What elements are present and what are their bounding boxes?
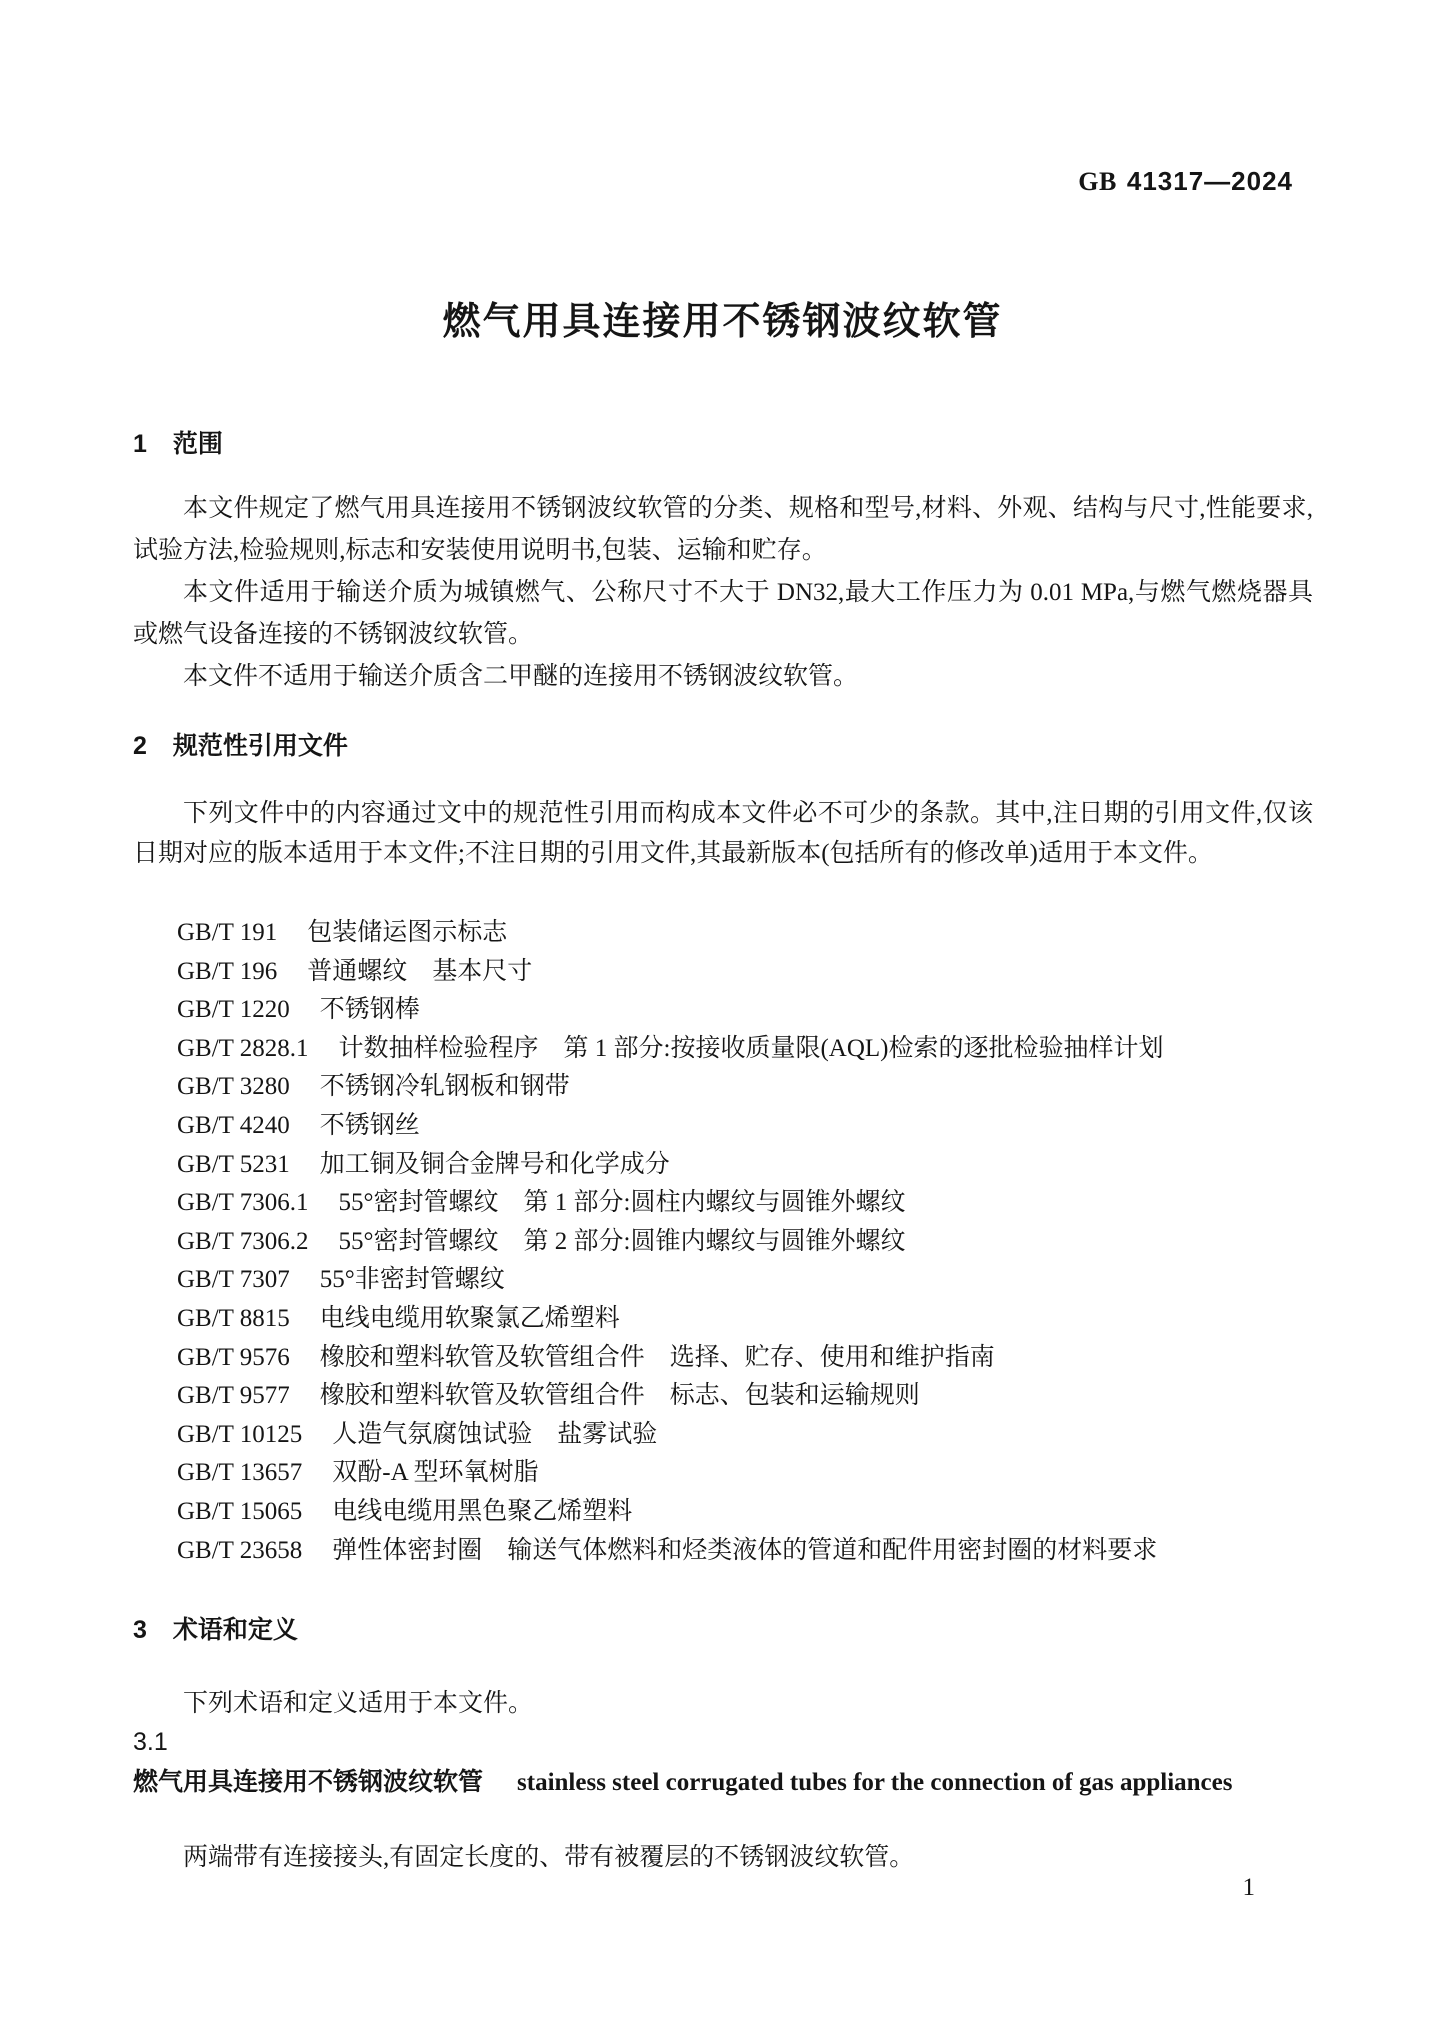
- reference-item: GB/T 3280不锈钢冷轧钢板和钢带: [177, 1068, 1313, 1107]
- term-clause-number: 3.1: [133, 1728, 168, 1757]
- scope-body: 本文件规定了燃气用具连接用不锈钢波纹软管的分类、规格和型号,材料、外观、结构与尺…: [133, 488, 1313, 698]
- section-heading-terms-definitions: 3术语和定义: [133, 1610, 298, 1646]
- standard-prefix: GB: [1078, 167, 1117, 196]
- term-definition-block: 两端带有连接接头,有固定长度的、带有被覆层的不锈钢波纹软管。: [133, 1840, 1313, 1876]
- reference-title: 人造气氛腐蚀试验 盐雾试验: [332, 1421, 657, 1448]
- term-chinese: 燃气用具连接用不锈钢波纹软管: [133, 1768, 483, 1796]
- term-entry: 燃气用具连接用不锈钢波纹软管stainless steel corrugated…: [133, 1764, 1313, 1801]
- standard-code: 41317—2024: [1127, 166, 1293, 196]
- reference-item: GB/T 191包装储运图示标志: [177, 914, 1313, 953]
- scope-paragraph: 本文件规定了燃气用具连接用不锈钢波纹软管的分类、规格和型号,材料、外观、结构与尺…: [133, 488, 1313, 572]
- reference-item: GB/T 4240不锈钢丝: [177, 1107, 1313, 1146]
- reference-title: 55°非密封管螺纹: [320, 1266, 505, 1293]
- reference-item: GB/T 23658弹性体密封圈 输送气体燃料和烃类液体的管道和配件用密封圈的材…: [177, 1532, 1313, 1571]
- reference-item: GB/T 730755°非密封管螺纹: [177, 1261, 1313, 1300]
- terms-intro: 下列术语和定义适用于本文件。: [133, 1684, 1313, 1724]
- reference-item: GB/T 1220不锈钢棒: [177, 991, 1313, 1030]
- page-number: 1: [1243, 1874, 1256, 1902]
- reference-title: 55°密封管螺纹 第 2 部分:圆锥内螺纹与圆锥外螺纹: [339, 1228, 906, 1255]
- reference-title: 不锈钢棒: [320, 996, 420, 1023]
- normative-references-intro: 下列文件中的内容通过文中的规范性引用而构成本文件必不可少的条款。其中,注日期的引…: [133, 794, 1313, 874]
- reference-item: GB/T 7306.255°密封管螺纹 第 2 部分:圆锥内螺纹与圆锥外螺纹: [177, 1223, 1313, 1262]
- reference-code: GB/T 23658: [177, 1532, 302, 1571]
- reference-item: GB/T 196普通螺纹 基本尺寸: [177, 953, 1313, 992]
- reference-item: GB/T 10125人造气氛腐蚀试验 盐雾试验: [177, 1416, 1313, 1455]
- reference-title: 计数抽样检验程序 第 1 部分:按接收质量限(AQL)检索的逐批检验抽样计划: [339, 1035, 1164, 1062]
- section-heading-text: 规范性引用文件: [173, 732, 348, 760]
- scope-paragraph: 本文件适用于输送介质为城镇燃气、公称尺寸不大于 DN32,最大工作压力为 0.0…: [133, 572, 1313, 656]
- reference-code: GB/T 10125: [177, 1416, 302, 1455]
- reference-code: GB/T 3280: [177, 1068, 290, 1107]
- reference-code: GB/T 7307: [177, 1261, 290, 1300]
- reference-code: GB/T 4240: [177, 1107, 290, 1146]
- section-heading-text: 术语和定义: [173, 1616, 298, 1644]
- reference-item: GB/T 9577橡胶和塑料软管及软管组合件 标志、包装和运输规则: [177, 1377, 1313, 1416]
- section-heading-normative-references: 2规范性引用文件: [133, 726, 348, 762]
- reference-title: 加工铜及铜合金牌号和化学成分: [320, 1151, 670, 1178]
- reference-code: GB/T 196: [177, 953, 277, 992]
- section-heading-text: 范围: [173, 430, 223, 458]
- section-number: 1: [133, 430, 147, 459]
- reference-title: 橡胶和塑料软管及软管组合件 标志、包装和运输规则: [320, 1382, 920, 1409]
- reference-title: 不锈钢丝: [320, 1112, 420, 1139]
- reference-code: GB/T 7306.1: [177, 1184, 309, 1223]
- reference-code: GB/T 191: [177, 914, 277, 953]
- reference-title: 弹性体密封圈 输送气体燃料和烃类液体的管道和配件用密封圈的材料要求: [332, 1537, 1157, 1564]
- reference-item: GB/T 15065电线电缆用黑色聚乙烯塑料: [177, 1493, 1313, 1532]
- term-english: stainless steel corrugated tubes for the…: [517, 1769, 1232, 1796]
- reference-title: 不锈钢冷轧钢板和钢带: [320, 1073, 570, 1100]
- reference-title: 55°密封管螺纹 第 1 部分:圆柱内螺纹与圆锥外螺纹: [339, 1189, 906, 1216]
- reference-item: GB/T 8815电线电缆用软聚氯乙烯塑料: [177, 1300, 1313, 1339]
- reference-code: GB/T 9577: [177, 1377, 290, 1416]
- reference-code: GB/T 15065: [177, 1493, 302, 1532]
- reference-title: 普通螺纹 基本尺寸: [307, 958, 532, 985]
- reference-item: GB/T 5231加工铜及铜合金牌号和化学成分: [177, 1146, 1313, 1185]
- section-number: 2: [133, 732, 147, 761]
- reference-code: GB/T 13657: [177, 1454, 302, 1493]
- terms-intro-paragraph: 下列术语和定义适用于本文件。: [133, 1684, 1313, 1724]
- reference-code: GB/T 2828.1: [177, 1030, 309, 1069]
- scope-paragraph: 本文件不适用于输送介质含二甲醚的连接用不锈钢波纹软管。: [133, 656, 1313, 698]
- reference-code: GB/T 7306.2: [177, 1223, 309, 1262]
- reference-item: GB/T 9576橡胶和塑料软管及软管组合件 选择、贮存、使用和维护指南: [177, 1339, 1313, 1378]
- reference-title: 电线电缆用黑色聚乙烯塑料: [332, 1498, 632, 1525]
- section-heading-scope: 1范围: [133, 424, 223, 460]
- document-page: GB41317—2024 燃气用具连接用不锈钢波纹软管 1范围 本文件规定了燃气…: [0, 0, 1445, 2044]
- reference-title: 双酚-A 型环氧树脂: [332, 1459, 538, 1486]
- term-definition: 两端带有连接接头,有固定长度的、带有被覆层的不锈钢波纹软管。: [133, 1840, 1313, 1876]
- references-list: GB/T 191包装储运图示标志 GB/T 196普通螺纹 基本尺寸 GB/T …: [133, 914, 1313, 1570]
- reference-title: 包装储运图示标志: [307, 919, 507, 946]
- reference-item: GB/T 2828.1计数抽样检验程序 第 1 部分:按接收质量限(AQL)检索…: [177, 1030, 1313, 1069]
- reference-code: GB/T 1220: [177, 991, 290, 1030]
- reference-item: GB/T 13657双酚-A 型环氧树脂: [177, 1454, 1313, 1493]
- references-intro-paragraph: 下列文件中的内容通过文中的规范性引用而构成本文件必不可少的条款。其中,注日期的引…: [133, 794, 1313, 874]
- document-title: 燃气用具连接用不锈钢波纹软管: [0, 290, 1445, 345]
- reference-title: 电线电缆用软聚氯乙烯塑料: [320, 1305, 620, 1332]
- reference-code: GB/T 5231: [177, 1146, 290, 1185]
- section-number: 3: [133, 1616, 147, 1645]
- reference-code: GB/T 8815: [177, 1300, 290, 1339]
- reference-code: GB/T 9576: [177, 1339, 290, 1378]
- standard-number-header: GB41317—2024: [1078, 166, 1293, 197]
- reference-title: 橡胶和塑料软管及软管组合件 选择、贮存、使用和维护指南: [320, 1344, 995, 1371]
- reference-item: GB/T 7306.155°密封管螺纹 第 1 部分:圆柱内螺纹与圆锥外螺纹: [177, 1184, 1313, 1223]
